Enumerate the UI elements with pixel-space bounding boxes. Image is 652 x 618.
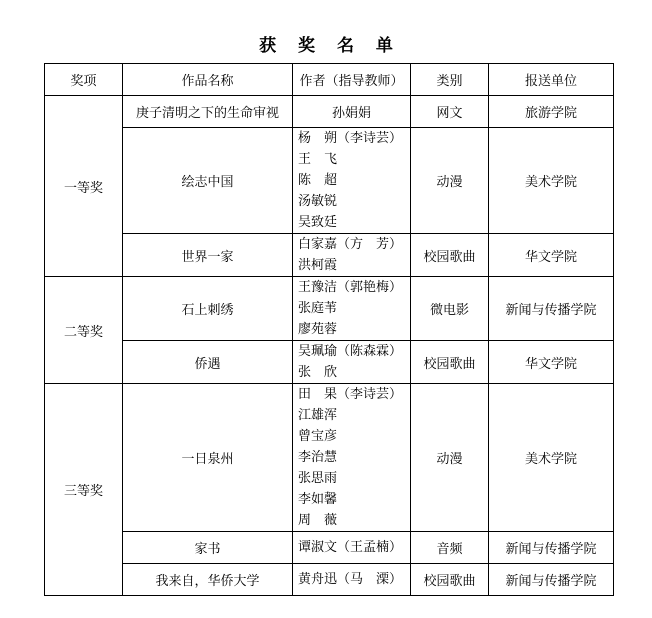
author: 廖苑蓉 — [298, 319, 410, 340]
author: 江雄浑 — [298, 405, 410, 426]
authors: 王豫洁（郭艳梅） 张庭苇 廖苑蓉 — [293, 277, 411, 341]
unit: 美术学院 — [489, 384, 614, 532]
table-row: 三等奖 一日泉州 田 果（李诗芸） 江雄浑 曾宝彦 李治慧 张思雨 李如馨 周 … — [45, 384, 614, 532]
table-row: 侨遇 吴珮瑜（陈森霖） 张 欣 校园歌曲 华文学院 — [45, 341, 614, 384]
table-row: 一等奖 庚子清明之下的生命审视 孙娟娟 网文 旅游学院 — [45, 96, 614, 128]
author: 张思雨 — [298, 468, 410, 489]
work-title: 世界一家 — [123, 234, 293, 277]
work-title: 石上刺绣 — [123, 277, 293, 341]
category: 微电影 — [411, 277, 489, 341]
authors: 谭淑文（王孟楠） — [293, 532, 411, 564]
authors: 吴珮瑜（陈森霖） 张 欣 — [293, 341, 411, 384]
author: 陈 超 — [298, 170, 410, 191]
author: 周 薇 — [298, 510, 410, 531]
work-title: 庚子清明之下的生命审视 — [123, 96, 293, 128]
author: 白家嘉（方 芳） — [298, 234, 410, 255]
unit: 新闻与传播学院 — [489, 532, 614, 564]
category: 动漫 — [411, 384, 489, 532]
header-category: 类别 — [411, 64, 489, 96]
award-level: 一等奖 — [45, 96, 123, 277]
author: 杨 朔（李诗芸） — [298, 128, 410, 149]
category: 校园歌曲 — [411, 564, 489, 596]
author: 吴致廷 — [298, 212, 410, 233]
author: 王豫洁（郭艳梅） — [298, 277, 410, 298]
unit: 美术学院 — [489, 128, 614, 234]
work-title: 我来自，华侨大学 — [123, 564, 293, 596]
unit: 华文学院 — [489, 234, 614, 277]
author: 张庭苇 — [298, 298, 410, 319]
author: 吴珮瑜（陈森霖） — [298, 341, 410, 362]
header-unit: 报送单位 — [489, 64, 614, 96]
page-title: 获 奖 名 单 — [0, 31, 652, 56]
authors: 黄舟迅（马 溧） — [293, 564, 411, 596]
author: 汤敏锐 — [298, 191, 410, 212]
table-row: 家书 谭淑文（王孟楠） 音频 新闻与传播学院 — [45, 532, 614, 564]
authors: 孙娟娟 — [293, 96, 411, 128]
awards-table: 奖项 作品名称 作者（指导教师） 类别 报送单位 一等奖 庚子清明之下的生命审视… — [44, 63, 614, 596]
table-row: 我来自，华侨大学 黄舟迅（马 溧） 校园歌曲 新闻与传播学院 — [45, 564, 614, 596]
author: 田 果（李诗芸） — [298, 384, 410, 405]
author: 孙娟娟 — [293, 102, 410, 121]
authors: 杨 朔（李诗芸） 王 飞 陈 超 汤敏锐 吴致廷 — [293, 128, 411, 234]
author: 王 飞 — [298, 149, 410, 170]
author: 黄舟迅（马 溧） — [298, 569, 410, 590]
category: 音频 — [411, 532, 489, 564]
work-title: 一日泉州 — [123, 384, 293, 532]
author: 谭淑文（王孟楠） — [298, 537, 410, 558]
header-row: 奖项 作品名称 作者（指导教师） 类别 报送单位 — [45, 64, 614, 96]
author: 李如馨 — [298, 489, 410, 510]
author: 洪柯霞 — [298, 255, 410, 276]
work-title: 家书 — [123, 532, 293, 564]
author: 张 欣 — [298, 362, 410, 383]
work-title: 侨遇 — [123, 341, 293, 384]
table-row: 世界一家 白家嘉（方 芳） 洪柯霞 校园歌曲 华文学院 — [45, 234, 614, 277]
author: 李治慧 — [298, 447, 410, 468]
unit: 新闻与传播学院 — [489, 564, 614, 596]
category: 动漫 — [411, 128, 489, 234]
unit: 华文学院 — [489, 341, 614, 384]
header-work: 作品名称 — [123, 64, 293, 96]
authors: 田 果（李诗芸） 江雄浑 曾宝彦 李治慧 张思雨 李如馨 周 薇 — [293, 384, 411, 532]
category: 校园歌曲 — [411, 234, 489, 277]
header-authors: 作者（指导教师） — [293, 64, 411, 96]
authors: 白家嘉（方 芳） 洪柯霞 — [293, 234, 411, 277]
work-title: 绘志中国 — [123, 128, 293, 234]
unit: 旅游学院 — [489, 96, 614, 128]
table-row: 绘志中国 杨 朔（李诗芸） 王 飞 陈 超 汤敏锐 吴致廷 动漫 美术学院 — [45, 128, 614, 234]
category: 网文 — [411, 96, 489, 128]
header-award: 奖项 — [45, 64, 123, 96]
award-level: 三等奖 — [45, 384, 123, 596]
award-level: 二等奖 — [45, 277, 123, 384]
author: 曾宝彦 — [298, 426, 410, 447]
table-row: 二等奖 石上刺绣 王豫洁（郭艳梅） 张庭苇 廖苑蓉 微电影 新闻与传播学院 — [45, 277, 614, 341]
unit: 新闻与传播学院 — [489, 277, 614, 341]
category: 校园歌曲 — [411, 341, 489, 384]
